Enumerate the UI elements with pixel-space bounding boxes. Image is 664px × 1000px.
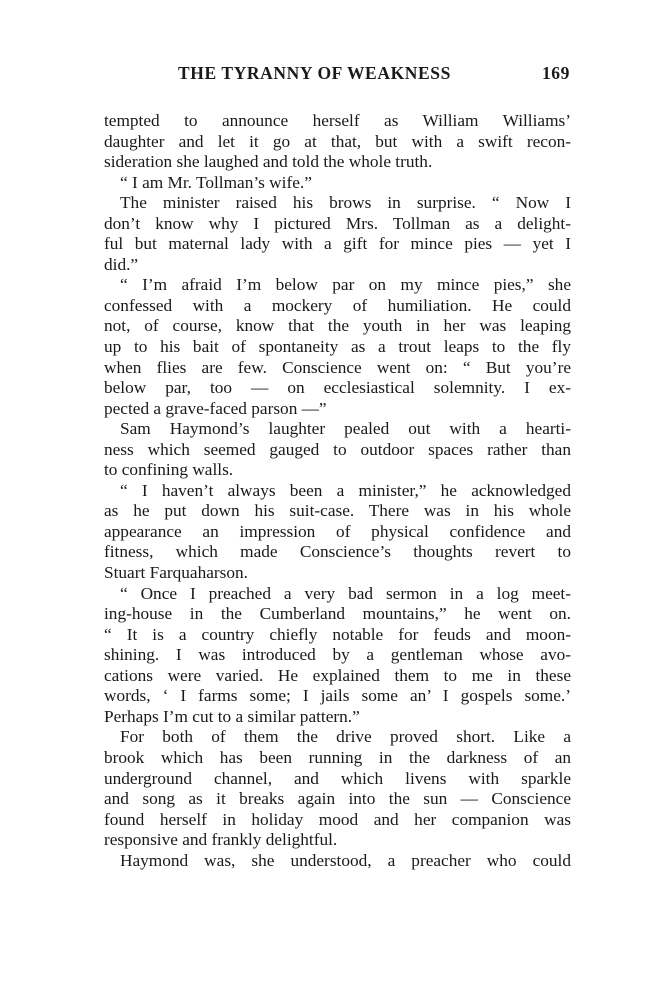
text-line: cations were varied. He explained them t… [104,666,571,687]
body-text: tempted to announce herself as William W… [104,111,571,871]
text-line: The minister raised his brows in surpris… [104,193,571,214]
text-line: words, ‘ I farms some; I jails some an’ … [104,686,571,707]
text-line: below par, too — on ecclesiastical solem… [104,378,571,399]
text-line: up to his bait of spontaneity as a trout… [104,337,571,358]
text-line: Haymond was, she understood, a preacher … [104,851,571,872]
text-line: Stuart Farquaharson. [104,563,571,584]
text-line: “ Once I preached a very bad sermon in a… [104,584,571,605]
text-line: shining. I was introduced by a gentleman… [104,645,571,666]
text-line: For both of them the drive proved short.… [104,727,571,748]
text-line: Sam Haymond’s laughter pealed out with a… [104,419,571,440]
text-line: found herself in holiday mood and her co… [104,810,571,831]
text-line: as he put down his suit-case. There was … [104,501,571,522]
text-line: “ I am Mr. Tollman’s wife.” [104,173,571,194]
text-line: daughter and let it go at that, but with… [104,132,571,153]
text-line: did.” [104,255,571,276]
text-line: not, of course, know that the youth in h… [104,316,571,337]
chapter-title: THE TYRANNY OF WEAKNESS [178,63,451,84]
text-line: and song as it breaks again into the sun… [104,789,571,810]
text-line: confessed with a mockery of humiliation.… [104,296,571,317]
text-line: when flies are few. Conscience went on: … [104,358,571,379]
text-line: tempted to announce herself as William W… [104,111,571,132]
text-line: appearance an impression of physical con… [104,522,571,543]
text-line: “ It is a country chiefly notable for fe… [104,625,571,646]
text-line: brook which has been running in the dark… [104,748,571,769]
text-line: ful but maternal lady with a gift for mi… [104,234,571,255]
text-line: underground channel, and which livens wi… [104,769,571,790]
text-line: “ I haven’t always been a minister,” he … [104,481,571,502]
text-line: responsive and frankly delightful. [104,830,571,851]
book-page: THE TYRANNY OF WEAKNESS 169 tempted to a… [0,0,664,1000]
text-line: Perhaps I’m cut to a similar pattern.” [104,707,571,728]
text-line: “ I’m afraid I’m below par on my mince p… [104,275,571,296]
text-line: sideration she laughed and told the whol… [104,152,571,173]
text-line: don’t know why I pictured Mrs. Tollman a… [104,214,571,235]
running-header: THE TYRANNY OF WEAKNESS 169 [104,63,570,87]
text-line: ness which seemed gauged to outdoor spac… [104,440,571,461]
text-line: to confining walls. [104,460,571,481]
text-line: ing-house in the Cumberland mountains,” … [104,604,571,625]
page-number: 169 [542,63,570,84]
text-line: pected a grave-faced parson —” [104,399,571,420]
text-line: fitness, which made Conscience’s thought… [104,542,571,563]
